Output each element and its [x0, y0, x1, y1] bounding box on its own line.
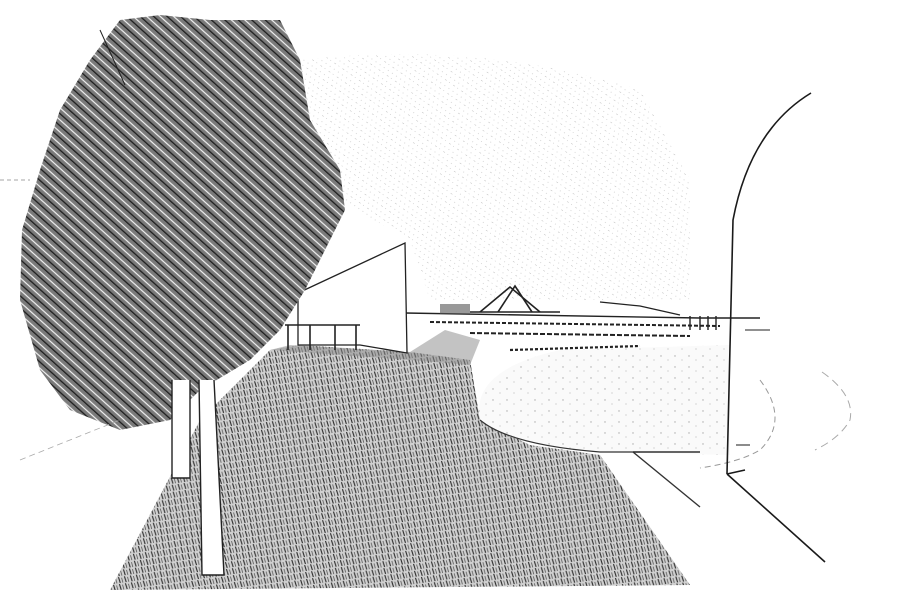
sketch-scene — [0, 0, 900, 590]
